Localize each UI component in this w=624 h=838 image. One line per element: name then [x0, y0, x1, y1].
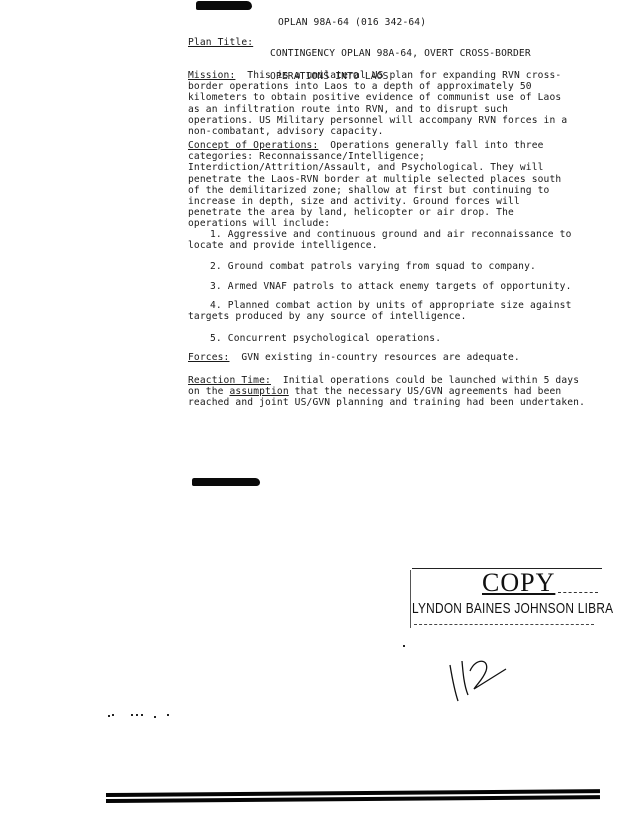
stamp-bottom-line	[414, 624, 594, 625]
item-number: 5.	[210, 333, 222, 344]
document-page: OPLAN 98A-64 (016 342-64) Plan Title: CO…	[0, 0, 624, 838]
list-item: 4. Planned combat action by units of app…	[188, 300, 588, 322]
item-text: Ground combat patrols varying from squad…	[228, 261, 536, 272]
redaction-bottom	[192, 478, 260, 486]
stamp-dash	[558, 592, 598, 594]
item-text: Armed VNAF patrols to attack enemy targe…	[228, 281, 572, 292]
stamp-left-line	[410, 570, 411, 628]
speck	[112, 714, 114, 716]
reaction-paragraph: Reaction Time: Initial operations could …	[188, 375, 588, 409]
stamp-library-text: LYNDON BAINES JOHNSON LIBRA	[412, 600, 613, 618]
mission-paragraph: Mission: This is a unilateral US plan fo…	[188, 70, 573, 137]
item-number: 1.	[210, 229, 222, 240]
stamp-copy-text: COPY	[482, 568, 555, 598]
item-number: 3.	[210, 281, 222, 292]
list-item: 2. Ground combat patrols varying from sq…	[188, 261, 588, 272]
list-item: 3. Armed VNAF patrols to attack enemy ta…	[188, 281, 588, 292]
plan-title-label: Plan Title:	[188, 37, 253, 48]
speck	[403, 645, 405, 647]
speck	[131, 714, 133, 716]
library-copy-stamp: COPY LYNDON BAINES JOHNSON LIBRA	[408, 562, 624, 628]
item-number: 2.	[210, 261, 222, 272]
mission-label: Mission:	[188, 70, 235, 81]
concept-paragraph: Concept of Operations: Operations genera…	[188, 140, 573, 230]
speck	[154, 716, 156, 718]
handwritten-page-number	[440, 655, 520, 705]
speck	[136, 714, 138, 716]
forces-paragraph: Forces: GVN existing in-country resource…	[188, 352, 588, 363]
document-header: OPLAN 98A-64 (016 342-64)	[278, 17, 426, 28]
speck	[108, 715, 110, 717]
mission-text: This is a unilateral US plan for expandi…	[188, 70, 567, 137]
list-item: 5. Concurrent psychological operations.	[188, 333, 588, 344]
item-text: Aggressive and continuous ground and air…	[188, 229, 572, 251]
item-text: Planned combat action by units of approp…	[188, 300, 572, 322]
forces-text: GVN existing in-country resources are ad…	[241, 352, 520, 363]
speck	[167, 714, 169, 716]
list-item: 1. Aggressive and continuous ground and …	[188, 229, 588, 251]
forces-label: Forces:	[188, 352, 229, 363]
concept-label: Concept of Operations:	[188, 140, 318, 151]
item-text: Concurrent psychological operations.	[228, 333, 441, 344]
reaction-label: Reaction Time:	[188, 375, 271, 386]
reaction-underlined: assumption	[229, 386, 288, 397]
speck	[141, 714, 143, 716]
redaction-top	[196, 1, 252, 10]
item-number: 4.	[210, 300, 222, 311]
plan-title-line1: CONTINGENCY OPLAN 98A-64, OVERT CROSS-BO…	[270, 48, 590, 59]
concept-text: Operations generally fall into three cat…	[188, 140, 561, 229]
